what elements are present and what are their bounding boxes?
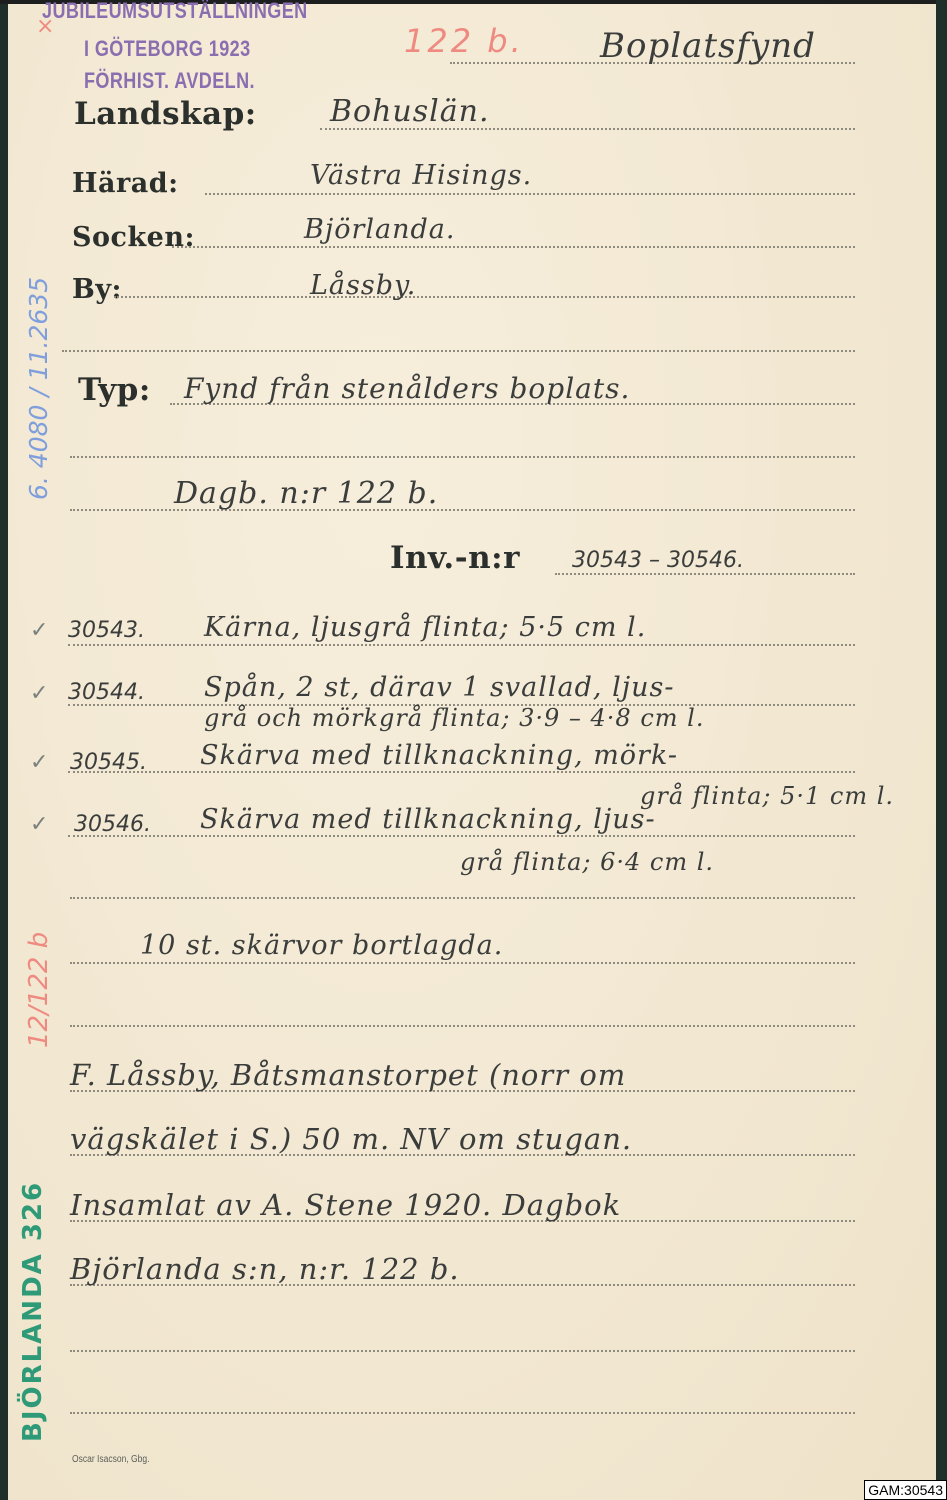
- red-x-mark: ×: [36, 14, 54, 39]
- item-line: [68, 835, 855, 837]
- exhibition-stamp-line3: FÖRHIST. AVDELN.: [84, 68, 255, 94]
- card-right-edge: [936, 0, 947, 1500]
- item-number: 30544.: [68, 680, 145, 705]
- blank-line-3: [70, 897, 855, 899]
- item-check-icon: ✓: [30, 681, 48, 706]
- exhibition-stamp-line1: JUBILEUMSUTSTÄLLNINGEN: [42, 0, 308, 24]
- item-line: [68, 644, 855, 646]
- by-line: [114, 296, 855, 298]
- location-note-line: F. Låssby, Båtsmanstorpet (norr om: [70, 1058, 626, 1092]
- socken-line: [172, 246, 855, 248]
- inv-range-value: 30543 – 30546.: [572, 548, 744, 573]
- landskap-label: Landskap:: [74, 96, 257, 132]
- blue-margin-note: 6. 4080 / 11.2635: [24, 277, 53, 500]
- printer-imprint: Oscar Isacson, Gbg.: [72, 1454, 149, 1465]
- socken-label: Socken:: [72, 222, 195, 253]
- item-line: [68, 771, 855, 773]
- exhibition-stamp-line2: I GÖTEBORG 1923: [84, 36, 251, 62]
- discarded-note: 10 st. skärvor bortlagda.: [140, 930, 503, 961]
- blank-line-1: [62, 350, 855, 352]
- blank-line-6: [70, 1412, 855, 1414]
- item-number: 30543.: [68, 618, 145, 643]
- item-description: Skärva med tillknackning, ljus-: [200, 804, 656, 835]
- harad-line: [205, 193, 855, 195]
- typ-label: Typ:: [78, 372, 151, 408]
- item-check-icon: ✓: [30, 750, 48, 775]
- typ-value: Fynd från stenålders boplats.: [184, 372, 630, 405]
- landskap-value: Bohuslän.: [330, 94, 489, 129]
- blank-line-2: [70, 456, 855, 458]
- blank-line-4: [70, 1025, 855, 1027]
- discarded-line: [70, 962, 855, 964]
- dagb-value: Dagb. n:r 122 b.: [174, 476, 438, 511]
- blank-line-5: [70, 1350, 855, 1352]
- green-parish-stamp: BJÖRLANDA 326: [18, 1181, 48, 1442]
- category-value: Boplatsfynd: [600, 26, 816, 66]
- item-description-cont: grå flinta; 5·1 cm l.: [640, 782, 894, 810]
- item-description: Kärna, ljusgrå flinta; 5·5 cm l.: [204, 612, 646, 643]
- harad-value: Västra Hisings.: [310, 160, 532, 191]
- harad-label: Härad:: [72, 168, 179, 199]
- item-description-cont: grå flinta; 6·4 cm l.: [460, 848, 714, 876]
- by-label: By:: [72, 274, 122, 305]
- catalog-id-label: GAM:30543: [864, 1480, 947, 1500]
- red-catalog-number: 122 b.: [404, 22, 524, 60]
- item-description: Skärva med tillknackning, mörk-: [200, 740, 678, 771]
- location-note-line: Insamlat av A. Stene 1920. Dagbok: [70, 1188, 621, 1222]
- socken-value: Björlanda.: [304, 214, 455, 245]
- location-note-line: vägskälet i S.) 50 m. NV om stugan.: [70, 1122, 632, 1156]
- by-value: Låssby.: [310, 270, 416, 301]
- location-note-line: Björlanda s:n, n:r. 122 b.: [70, 1252, 460, 1286]
- red-margin-note: 12/122 b: [24, 932, 54, 1048]
- item-description: Spån, 2 st, därav 1 svallad, ljus-: [204, 672, 674, 703]
- inv-line: [555, 573, 855, 575]
- item-check-icon: ✓: [30, 812, 48, 837]
- item-description-cont: grå och mörkgrå flinta; 3·9 – 4·8 cm l.: [204, 704, 704, 732]
- item-check-icon: ✓: [30, 618, 48, 643]
- item-number: 30546.: [74, 812, 151, 837]
- inv-label: Inv.-n:r: [390, 540, 520, 576]
